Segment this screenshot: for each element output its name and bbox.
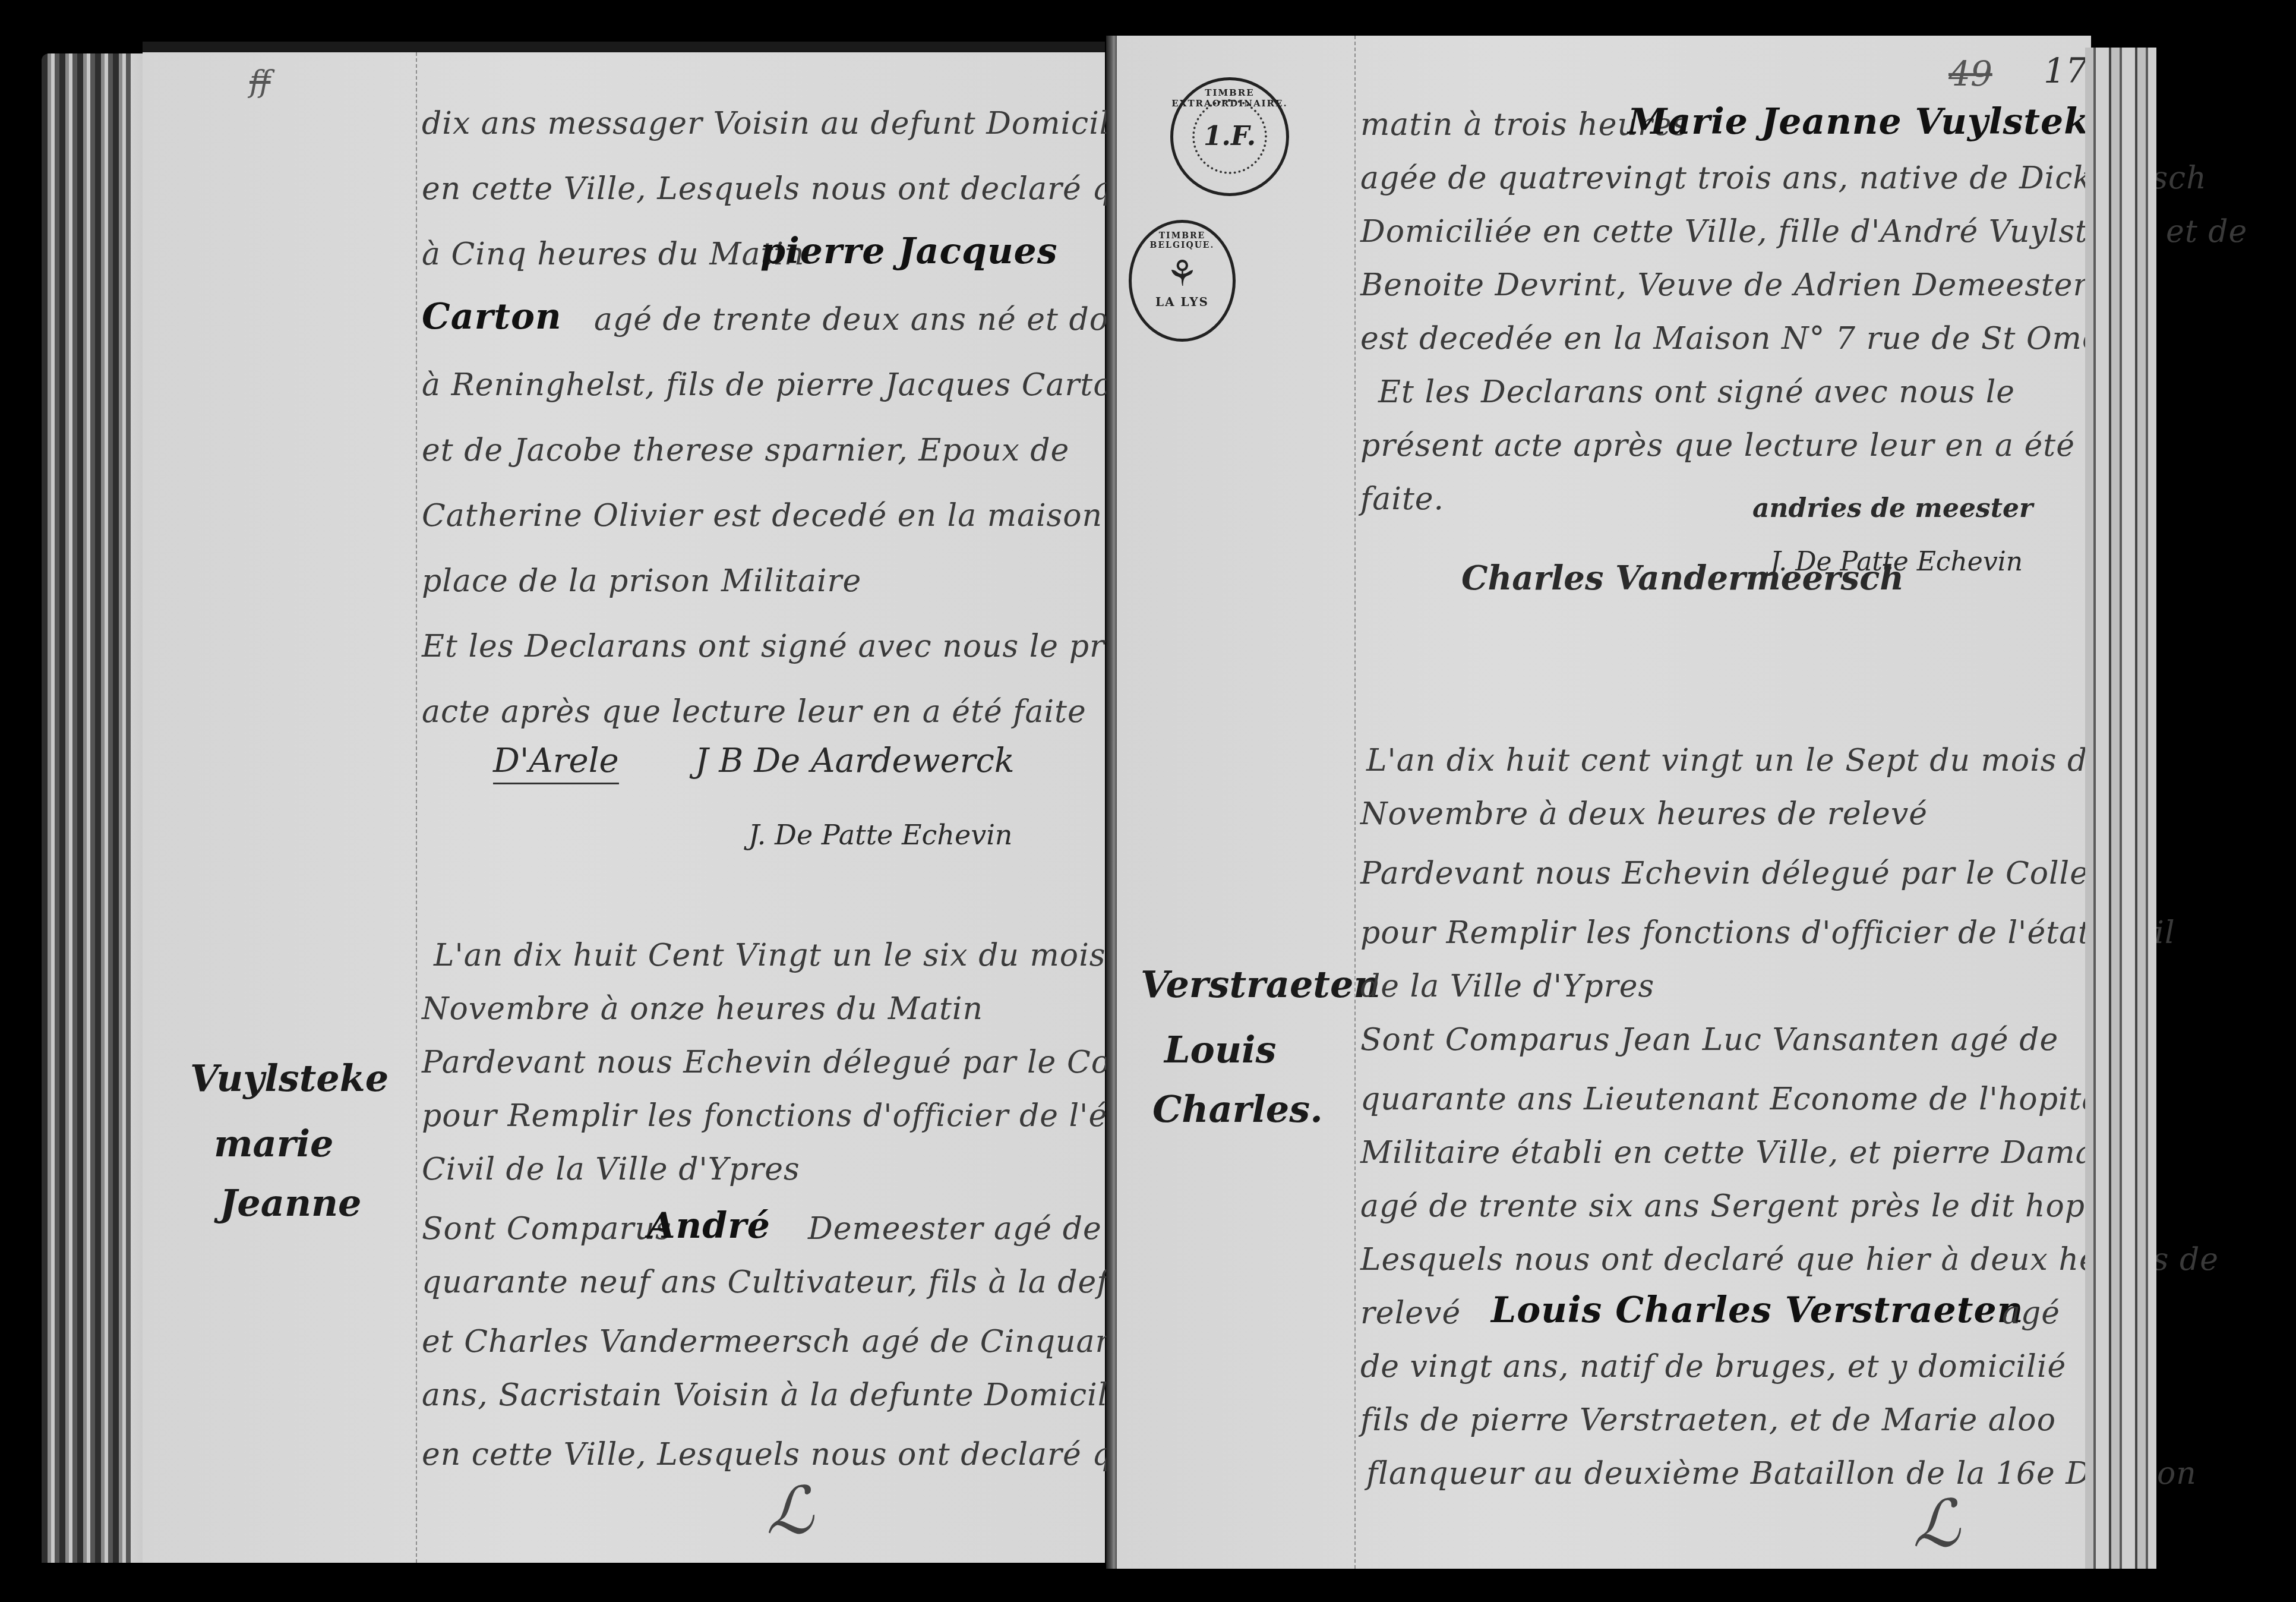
text-line: faite. (1360, 481, 1444, 517)
corner-mark: ff (250, 64, 270, 99)
text-line: Novembre à onze heures du Matin (422, 991, 983, 1027)
stamp-ring-text: TIMBRE EXTRAORDINAIRE. (1171, 87, 1287, 109)
text-line: relevé (1360, 1295, 1461, 1331)
text-line: de la Ville d'Ypres (1360, 969, 1654, 1004)
text-line: place de la prison Militaire (422, 563, 861, 599)
seated-figure-icon: ⚘ (1166, 253, 1198, 295)
deceased-surname: Carton (422, 296, 562, 338)
margin-rule (1354, 36, 1357, 1569)
text-line: Sont Comparus Jean Luc Vansanten agé de (1360, 1022, 2058, 1058)
text-line: pour Remplir les fonctions d'officier de… (422, 1098, 1152, 1134)
text-line: Sont Comparus (422, 1211, 672, 1247)
text-line: est decedée en la Maison N° 7 rue de St … (1360, 321, 2117, 357)
stamp-ring-text: TIMBRE BELGIQUE. (1132, 231, 1233, 250)
text-line: de vingt ans, natif de bruges, et y domi… (1360, 1349, 2066, 1385)
stamp-timbre-belgique: TIMBRE BELGIQUE. ⚘ LA LYS (1129, 220, 1236, 342)
text-line: présent acte après que lecture leur en a… (1360, 428, 2075, 463)
declarant-name: André (648, 1205, 770, 1247)
text-line: Pardevant nous Echevin délegué par le Co… (422, 1045, 1189, 1080)
signature: andries de meester (1752, 493, 2033, 524)
page-edges-right (2085, 48, 2156, 1569)
text-line: dix ans messager Voisin au defunt Domici… (422, 106, 1139, 141)
text-line: Et les Declarans ont signé avec nous le (1378, 374, 2015, 410)
text-line: quarante ans Lieutenant Econome de l'hop… (1360, 1081, 2111, 1117)
text-line: à Cinq heures du Matin (422, 236, 804, 272)
margin-given-name: Louis (1164, 1028, 1276, 1071)
margin-surname: Vuylsteke (190, 1057, 389, 1100)
text-line: Benoite Devrint, Veuve de Adrien Demeest… (1360, 267, 2088, 303)
signature: D'Arele (493, 742, 619, 784)
text-line: Catherine Olivier est decedé en la maiso… (422, 498, 1177, 534)
text-line: acte après que lecture leur en a été fai… (422, 694, 1087, 730)
signature-echevin: J. De Patte Echevin (1770, 547, 2023, 577)
deceased-name: Louis Charles Verstraeten (1491, 1289, 2023, 1331)
deceased-name: Marie Jeanne Vuylsteke (1628, 101, 2112, 143)
text-line: agée de quatrevingt trois ans, native de… (1360, 160, 2207, 196)
margin-surname: Verstraeten (1141, 963, 1381, 1006)
text-line: Novembre à deux heures de relevé (1360, 796, 1928, 832)
text-line: en cette Ville, Lesquels nous ont declar… (422, 1437, 1205, 1472)
stamp-timbre-extraordinaire: TIMBRE EXTRAORDINAIRE. 1.F. (1170, 77, 1289, 196)
text-line: pour Remplir les fonctions d'officier de… (1360, 915, 2175, 951)
text-line: agé (2002, 1295, 2060, 1331)
text-line: Militaire établi en cette Ville, et pier… (1360, 1135, 2108, 1171)
signature: J B De Aardewerck (695, 742, 1015, 780)
text-line: Pardevant nous Echevin délegué par le Co… (1360, 856, 2128, 891)
folio-struck: 49 (1948, 53, 1992, 94)
stamp-value: LA LYS (1155, 295, 1209, 309)
signature-echevin: J. De Patte Echevin (749, 819, 1012, 851)
flourish-mark: ℒ (1913, 1486, 1960, 1562)
right-page: 49 178 TIMBRE EXTRAORDINAIRE. 1.F. TIMBR… (1117, 36, 2091, 1569)
stamp-value: 1.F. (1204, 121, 1256, 152)
margin-given-name: marie (214, 1122, 333, 1165)
text-line: et Charles Vandermeersch agé de Cinquant… (422, 1324, 1148, 1360)
text-line: et de Jacobe therese sparnier, Epoux de (422, 433, 1069, 468)
text-line: Et les Declarans ont signé avec nous le … (422, 629, 1192, 664)
text-line: Demeester agé de (808, 1211, 1102, 1247)
text-line: ans, Sacristain Voisin à la defunte Domi… (422, 1377, 1138, 1413)
text-line: agé de trente six ans Sergent près le di… (1360, 1188, 2138, 1224)
margin-given-name: Jeanne (220, 1181, 362, 1225)
margin-given-name: Charles. (1152, 1087, 1323, 1131)
left-page: ff dix ans messager Voisin au defunt Dom… (143, 42, 1105, 1563)
text-line: L'an dix huit cent vingt un le Sept du m… (1366, 743, 2106, 778)
deceased-name: pierre Jacques (760, 231, 1058, 272)
margin-rule (416, 52, 418, 1563)
text-line: L'an dix huit Cent Vingt un le six du mo… (434, 938, 1155, 973)
flourish-mark: ℒ (766, 1472, 813, 1549)
text-line: Civil de la Ville d'Ypres (422, 1152, 800, 1187)
text-line: fils de pierre Verstraeten, et de Marie … (1360, 1402, 2056, 1438)
text-line: flanqueur au deuxième Bataillon de la 16… (1366, 1456, 2197, 1491)
text-line: à Reninghelst, fils de pierre Jacques Ca… (422, 367, 1133, 403)
text-line: quarante neuf ans Cultivateur, fils à la… (422, 1264, 1192, 1300)
